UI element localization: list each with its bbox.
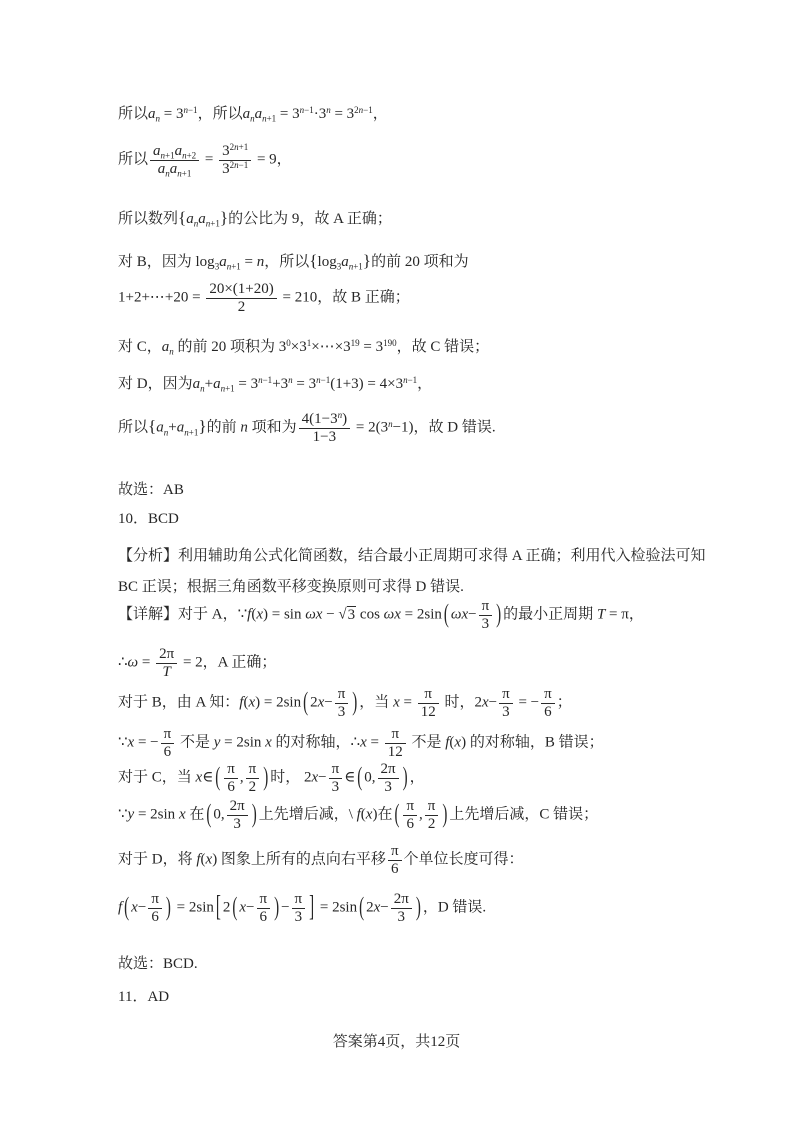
text-line-15: 对于 B，由 A 知：f(x) = 2sin(2x−π3)，当 x = π12 … (118, 686, 572, 721)
text-line-19: 对于 D，将 f(x) 图象上所有的点向右平移π6个单位长度可得： (118, 843, 524, 878)
text-line-9: 故选：AB (118, 479, 184, 502)
text-line-4: 对 B，因为 log3an+1 = n，所以{log3an+1}的前 20 项和… (118, 248, 469, 274)
text-line-6: 对 C，an 的前 20 项积为 30×31×⋯×319 = 3190，故 C … (118, 336, 489, 359)
text-line-18: ∵y = 2sin x 在(0,2π3)上先增后减，\ f(x)在(π6,π2)… (118, 798, 598, 833)
text-line-11: 【分析】利用辅助角公式化简函数，结合最小正周期可求得 A 正确；利用代入检验法可… (118, 545, 706, 568)
text-line-12: BC 正误；根据三角函数平移变换原则可求得 D 错误. (118, 576, 464, 599)
text-line-1: 所以an = 3n−1，所以anan+1 = 3n−1·3n = 32n−1， (118, 103, 388, 126)
text-line-13: 【详解】对于 A，∵f(x) = sin ωx − √3 cos ωx = 2s… (118, 598, 644, 633)
text-line-10: 10．BCD (118, 508, 179, 531)
document-page: 所以an = 3n−1，所以anan+1 = 3n−1·3n = 32n−1，所… (0, 0, 793, 1122)
text-line-7: 对 D，因为an+an+1 = 3n−1+3n = 3n−1(1+3) = 4×… (118, 373, 432, 396)
text-line-16: ∵x = −π6 不是 y = 2sin x 的对称轴，∴x = π12 不是 … (118, 726, 604, 761)
text-line-2: 所以an+1an+2anan+1 = 32n+132n−1 = 9， (118, 143, 292, 178)
text-line-14: ∴ω = 2πT = 2，A 正确； (118, 646, 276, 681)
text-line-22: 11．AD (118, 986, 169, 1009)
text-line-3: 所以数列{anan+1}的公比为 9，故 A 正确； (118, 205, 392, 231)
text-line-8: 所以{an+an+1}的前 n 项和为4(1−3n)1−3 = 2(3n−1)，… (118, 411, 496, 446)
text-line-5: 1+2+⋯+20 = 20×(1+20)2 = 210，故 B 正确； (118, 281, 410, 316)
text-line-17: 对于 C，当 x∈(π6,π2)时， 2x−π3∈(0,2π3)， (118, 761, 425, 796)
text-line-20: f(x−π6) = 2sin[2(x−π6)−π3] = 2sin(2x−2π3… (118, 891, 486, 926)
text-line-21: 故选：BCD. (118, 953, 198, 976)
page-footer: 答案第4页，共12页 (0, 1032, 793, 1053)
